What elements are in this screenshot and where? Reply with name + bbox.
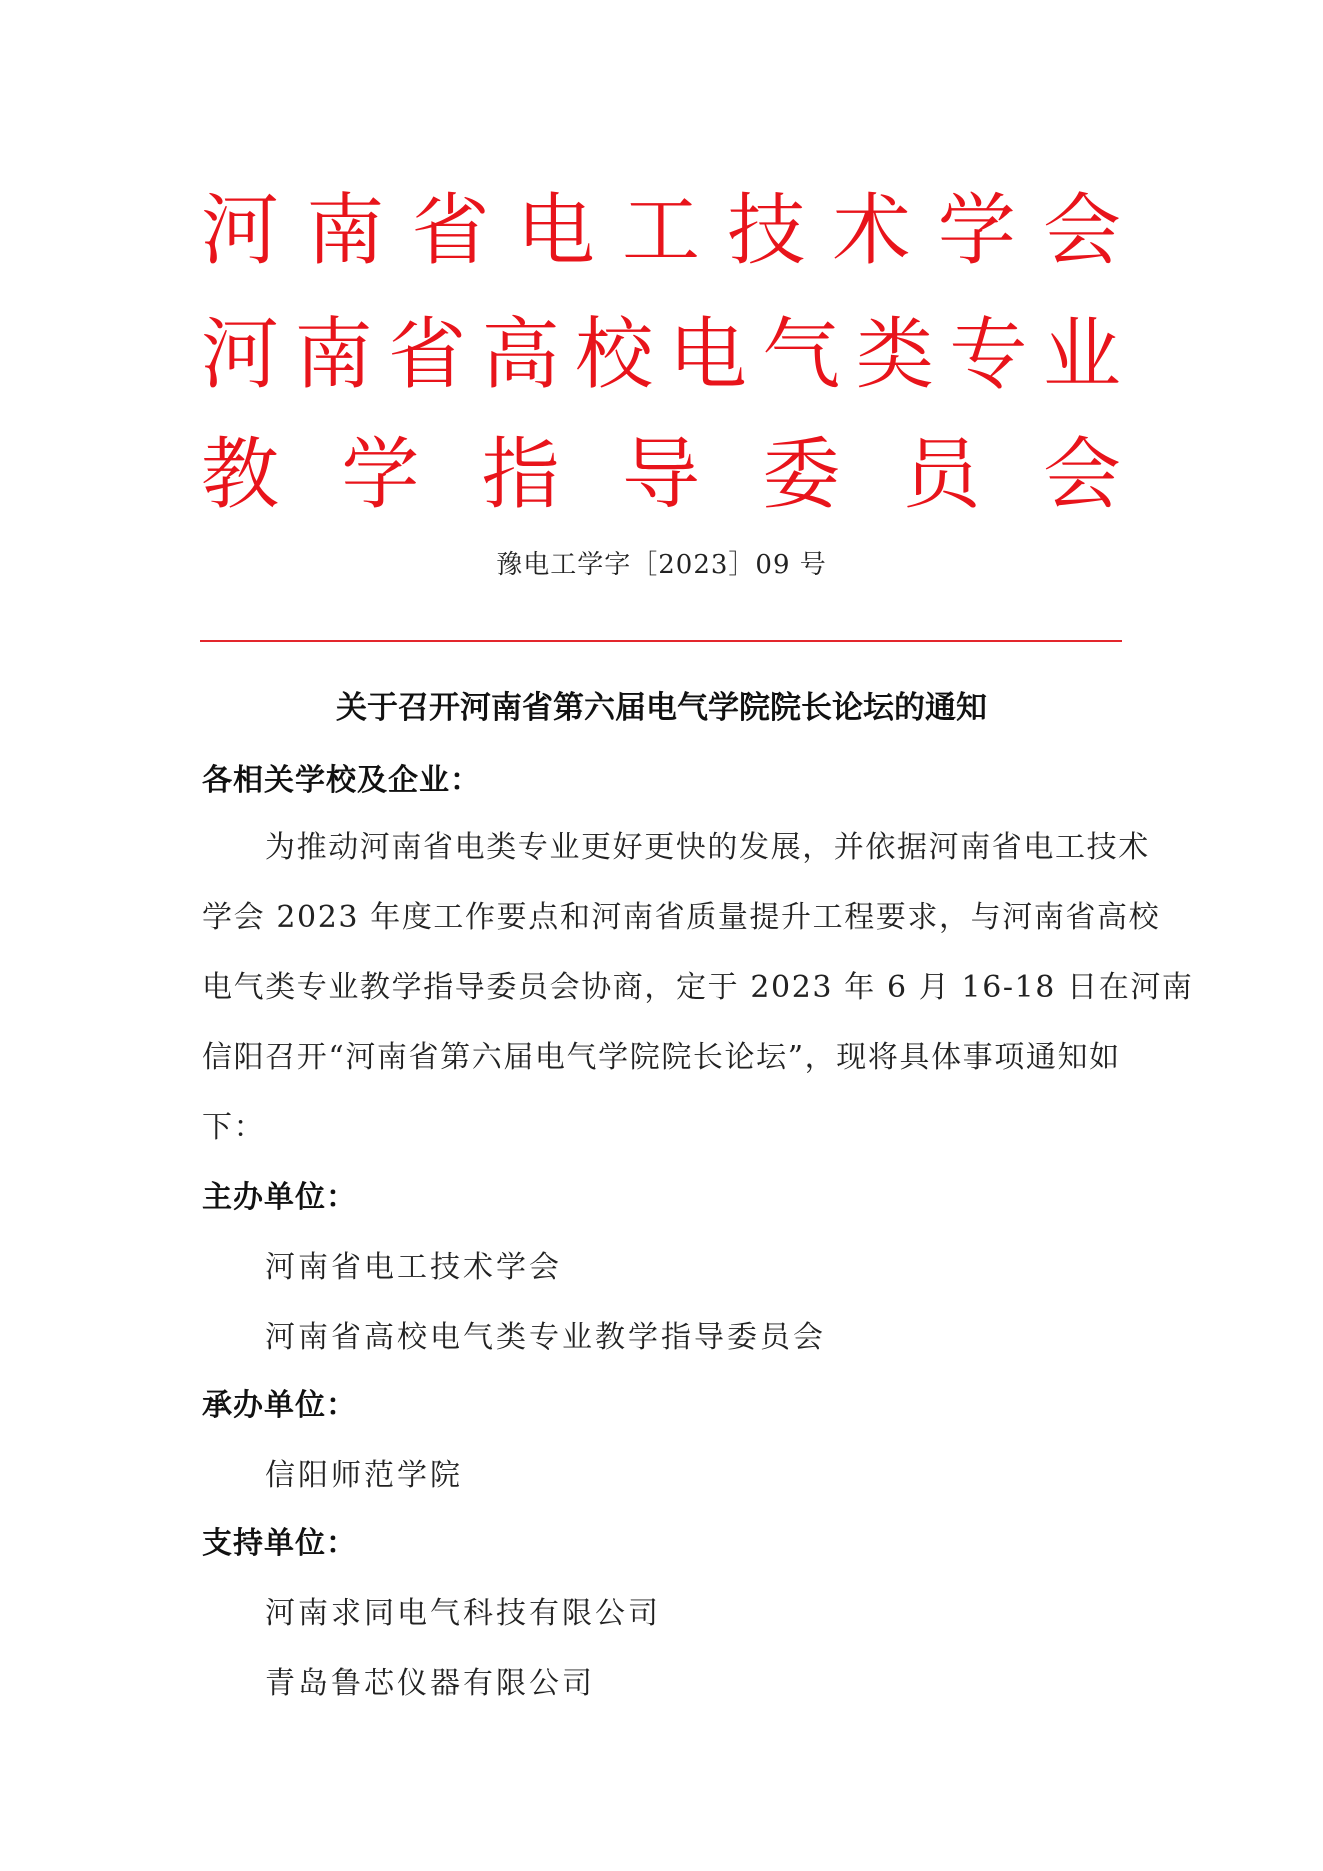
paragraph-line: 电气类专业教学指导委员会协商，定于 2023 年 6 月 16-18 日在河南 — [202, 962, 1194, 1006]
letterhead-char: 气 — [761, 316, 841, 394]
letterhead-char: 术 — [832, 192, 912, 270]
host-item: 信阳师范学院 — [265, 1450, 463, 1494]
letterhead-char: 指 — [481, 436, 561, 514]
letterhead-char: 校 — [574, 316, 654, 394]
letterhead-char: 电 — [668, 316, 748, 394]
letterhead-char: 南 — [305, 192, 385, 270]
document-page: 河 南 省 电 工 技 术 学 会 河 南 省 高 校 电 气 类 专 业 教 … — [0, 0, 1323, 1871]
section-heading-sponsors: 支持单位： — [202, 1518, 357, 1562]
letterhead-row-1: 河 南 省 电 工 技 术 学 会 — [200, 186, 1122, 276]
red-divider-line — [200, 640, 1122, 642]
sponsor-item: 青岛鲁芯仪器有限公司 — [265, 1658, 595, 1702]
section-heading-organizers: 主办单位： — [202, 1172, 357, 1216]
paragraph-line: 学会 2023 年度工作要点和河南省质量提升工程要求，与河南省高校 — [202, 892, 1160, 936]
notice-title: 关于召开河南省第六届电气学院院长论坛的通知 — [0, 682, 1323, 727]
letterhead-char: 省 — [387, 316, 467, 394]
sponsor-item: 河南求同电气科技有限公司 — [265, 1588, 661, 1632]
paragraph-line: 信阳召开“河南省第六届电气学院院长论坛”，现将具体事项通知如 — [202, 1032, 1121, 1076]
letterhead-char: 导 — [621, 436, 701, 514]
letterhead-char: 专 — [948, 316, 1028, 394]
letterhead-char: 南 — [294, 316, 374, 394]
organizer-item: 河南省电工技术学会 — [265, 1242, 562, 1286]
letterhead-char: 学 — [937, 192, 1017, 270]
letterhead-char: 电 — [516, 192, 596, 270]
paragraph-line: 为推动河南省电类专业更好更快的发展，并依据河南省电工技术 — [265, 822, 1150, 866]
letterhead-char: 技 — [726, 192, 806, 270]
letterhead-char: 会 — [1042, 192, 1122, 270]
letterhead-char: 河 — [200, 192, 280, 270]
letterhead-row-3: 教 学 指 导 委 员 会 — [200, 430, 1122, 520]
letterhead-char: 员 — [902, 436, 982, 514]
section-heading-host: 承办单位： — [202, 1380, 357, 1424]
letterhead-char: 委 — [761, 436, 841, 514]
letterhead-char: 会 — [1042, 436, 1122, 514]
letterhead-char: 类 — [855, 316, 935, 394]
letterhead-row-2: 河 南 省 高 校 电 气 类 专 业 — [200, 310, 1122, 400]
letterhead-char: 高 — [481, 316, 561, 394]
letterhead-char: 河 — [200, 316, 280, 394]
organizer-item: 河南省高校电气类专业教学指导委员会 — [265, 1312, 826, 1356]
letterhead-char: 教 — [200, 436, 280, 514]
document-number: 豫电工学字［2023］09 号 — [0, 544, 1323, 581]
paragraph-line: 下： — [202, 1102, 265, 1146]
letterhead-char: 业 — [1042, 316, 1122, 394]
letterhead-char: 学 — [340, 436, 420, 514]
salutation: 各相关学校及企业： — [202, 755, 481, 799]
letterhead-char: 省 — [411, 192, 491, 270]
letterhead-char: 工 — [621, 192, 701, 270]
